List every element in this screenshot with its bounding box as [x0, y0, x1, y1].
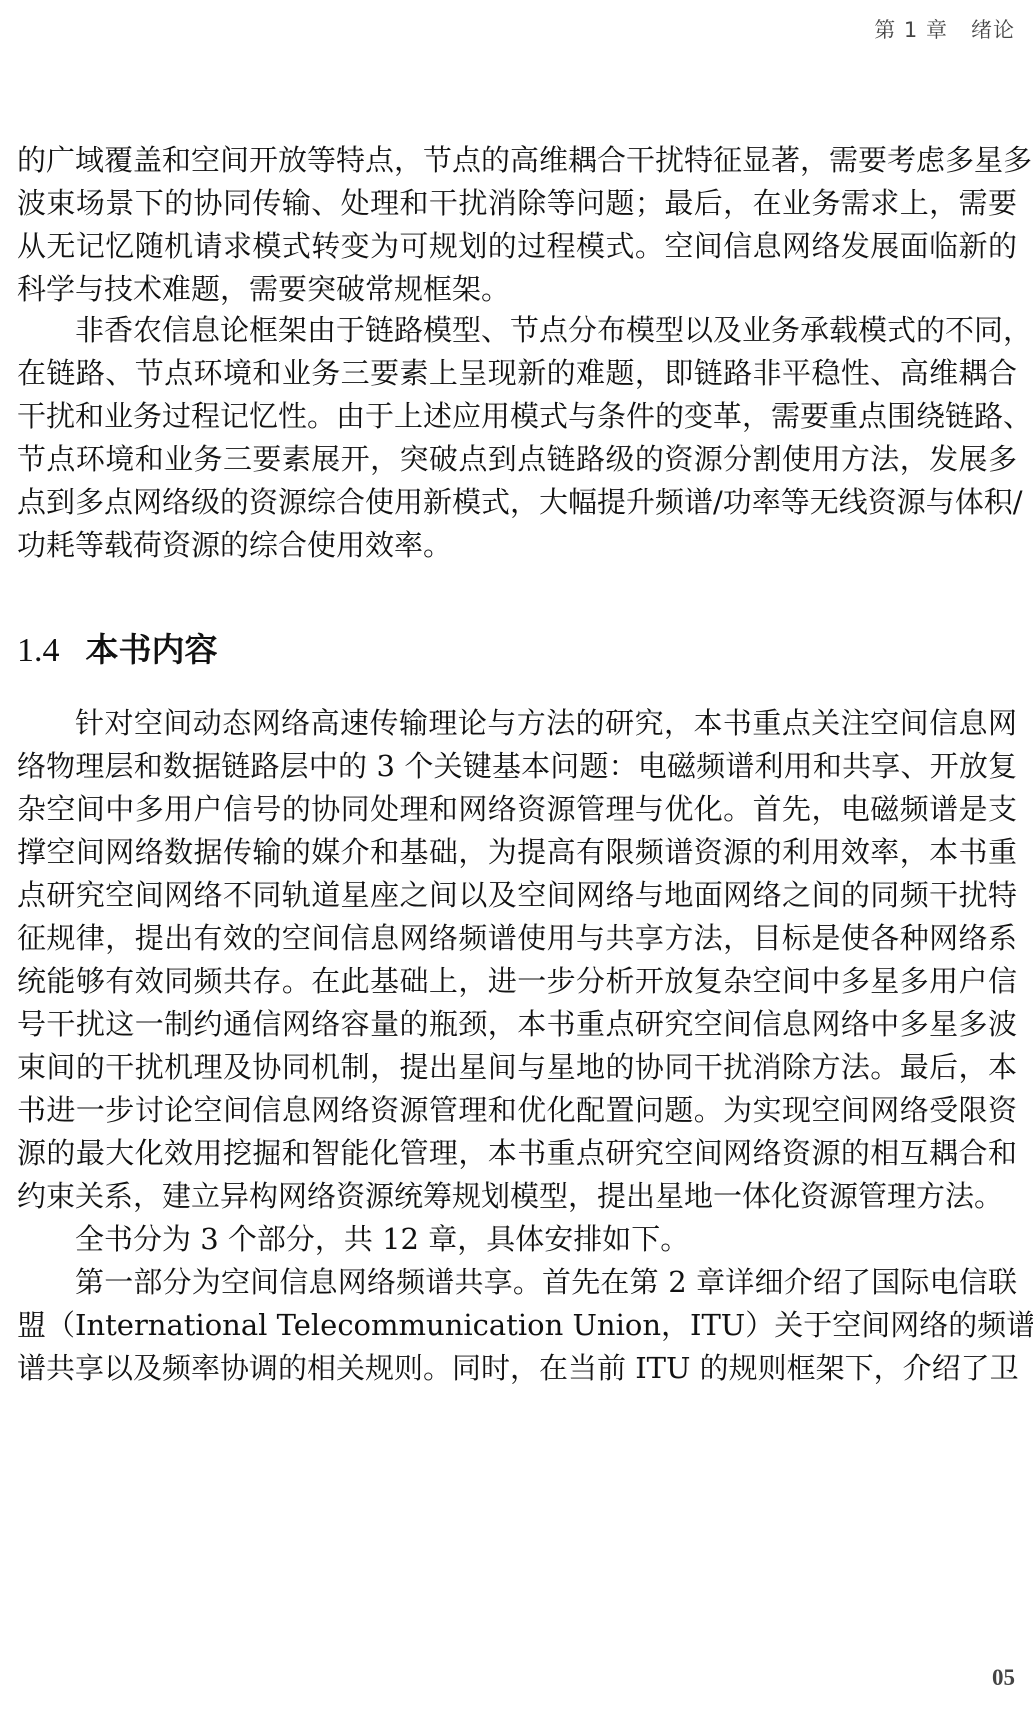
paragraph-continuation: 的广域覆盖和空间开放等特点，节点的高维耦合干扰特征显著，需要考虑多星多 波束场景… [17, 139, 1017, 311]
text-line: 征规律，提出有效的空间信息网络频谱使用与共享方法，目标是使各种网络系 [17, 917, 1017, 960]
text-line: 杂空间中多用户信号的协同处理和网络资源管理与优化。首先，电磁频谱是支 [17, 788, 1017, 831]
text-line: 约束关系，建立异构网络资源统筹规划模型，提出星地一体化资源管理方法。 [17, 1175, 1017, 1218]
running-header-chapter-title: 第 1 章 绪论 [874, 14, 1015, 44]
text-line: 科学与技术难题，需要突破常规框架。 [17, 268, 1017, 311]
section-title: 本书内容 [86, 630, 218, 669]
text-line: 干扰和业务过程记忆性。由于上述应用模式与条件的变革，需要重点围绕链路、 [17, 395, 1017, 438]
paragraph-non-shannon-framework: 非香农信息论框架由于链路模型、节点分布模型以及业务承载模式的不同， 在链路、节点… [17, 309, 1017, 567]
text-line: 号干扰这一制约通信网络容量的瓶颈，本书重点研究空间信息网络中多星多波 [17, 1003, 1017, 1046]
text-line: 撑空间网络数据传输的媒介和基础，为提高有限频谱资源的利用效率，本书重 [17, 831, 1017, 874]
text-line: 针对空间动态网络高速传输理论与方法的研究，本书重点关注空间信息网 [17, 702, 1017, 745]
text-line-part-one: 盟（International Telecommunication Union，… [17, 1304, 1017, 1347]
text-line-part-one: 谱共享以及频率协调的相关规则。同时，在当前 ITU 的规则框架下，介绍了卫 [17, 1347, 1017, 1390]
text-line: 源的最大化效用挖掘和智能化管理，本书重点研究空间网络资源的相互耦合和 [17, 1132, 1017, 1175]
section-number: 1.4 [17, 632, 60, 669]
text-line: 从无记忆随机请求模式转变为可规划的过程模式。空间信息网络发展面临新的 [17, 225, 1017, 268]
text-line: 束间的干扰机理及协同机制，提出星间与星地的协同干扰消除方法。最后，本 [17, 1046, 1017, 1089]
text-line: 书进一步讨论空间信息网络资源管理和优化配置问题。为实现空间网络受限资 [17, 1089, 1017, 1132]
page-number: 05 [992, 1665, 1015, 1691]
text-line: 功耗等载荷资源的综合使用效率。 [17, 524, 1017, 567]
text-line: 波束场景下的协同传输、处理和干扰消除等问题；最后，在业务需求上，需要 [17, 182, 1017, 225]
text-line: 非香农信息论框架由于链路模型、节点分布模型以及业务承载模式的不同， [17, 309, 1017, 352]
text-line: 统能够有效同频共存。在此基础上，进一步分析开放复杂空间中多星多用户信 [17, 960, 1017, 1003]
text-line: 在链路、节点环境和业务三要素上呈现新的难题，即链路非平稳性、高维耦合 [17, 352, 1017, 395]
text-line: 节点环境和业务三要素展开，突破点到点链路级的资源分割使用方法，发展多 [17, 438, 1017, 481]
section-heading: 1.4本书内容 [17, 630, 218, 671]
text-line-book-structure: 全书分为 3 个部分，共 12 章，具体安排如下。 [17, 1218, 1017, 1261]
text-line: 点研究空间网络不同轨道星座之间以及空间网络与地面网络之间的同频干扰特 [17, 874, 1017, 917]
paragraph-book-content: 针对空间动态网络高速传输理论与方法的研究，本书重点关注空间信息网 络物理层和数据… [17, 702, 1017, 1390]
text-line: 点到多点网络级的资源综合使用新模式，大幅提升频谱/功率等无线资源与体积/ [17, 481, 1017, 524]
text-line: 的广域覆盖和空间开放等特点，节点的高维耦合干扰特征显著，需要考虑多星多 [17, 139, 1017, 182]
text-line-part-one: 第一部分为空间信息网络频谱共享。首先在第 2 章详细介绍了国际电信联 [17, 1261, 1017, 1304]
text-line: 络物理层和数据链路层中的 3 个关键基本问题：电磁频谱利用和共享、开放复 [17, 745, 1017, 788]
